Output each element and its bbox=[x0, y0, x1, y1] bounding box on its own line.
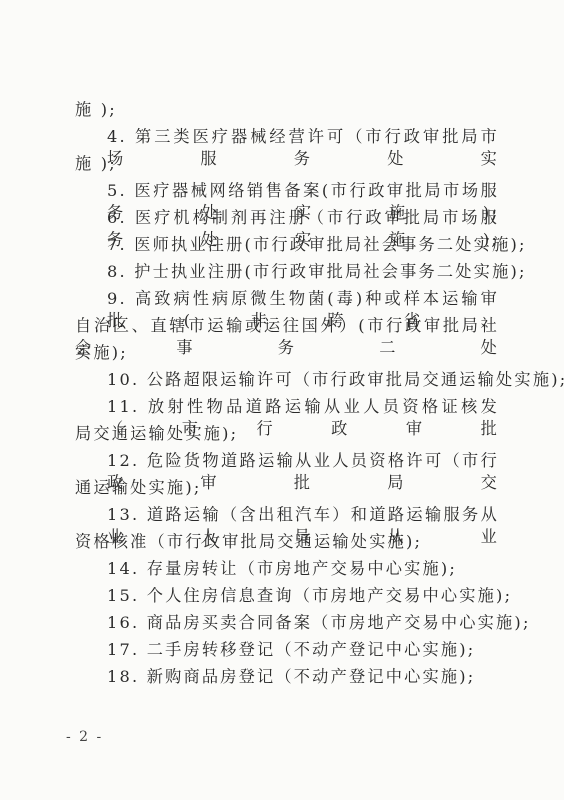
text-line: 15. 个人住房信息查询（市房地产交易中心实施); bbox=[107, 585, 499, 607]
text-line: 14. 存量房转让（市房地产交易中心实施); bbox=[107, 558, 499, 580]
text-line: 8. 护士执业注册(市行政审批局社会事务二处实施); bbox=[107, 261, 499, 283]
text-line: 施 ); bbox=[75, 153, 499, 175]
page-number: - 2 - bbox=[66, 729, 103, 745]
text-line: 17. 二手房转移登记（不动产登记中心实施); bbox=[107, 639, 499, 661]
text-line: 局交通运输处实施); bbox=[75, 423, 499, 445]
text-line: 施 ); bbox=[75, 99, 499, 121]
text-line: 18. 新购商品房登记（不动产登记中心实施); bbox=[107, 666, 499, 688]
document-page: 施 );4. 第三类医疗器械经营许可（市行政审批局市场服务处实施 );5. 医疗… bbox=[0, 0, 564, 800]
text-line: 7. 医师执业注册(市行政审批局社会事务二处实施); bbox=[107, 234, 499, 256]
text-line: 实施); bbox=[75, 342, 499, 364]
text-line: 10. 公路超限运输许可（市行政审批局交通运输处实施); bbox=[107, 369, 499, 391]
text-line: 资格核准（市行政审批局交通运输处实施); bbox=[75, 531, 499, 553]
text-line: 通运输处实施); bbox=[75, 477, 499, 499]
text-line: 16. 商品房买卖合同备案（市房地产交易中心实施); bbox=[107, 612, 499, 634]
